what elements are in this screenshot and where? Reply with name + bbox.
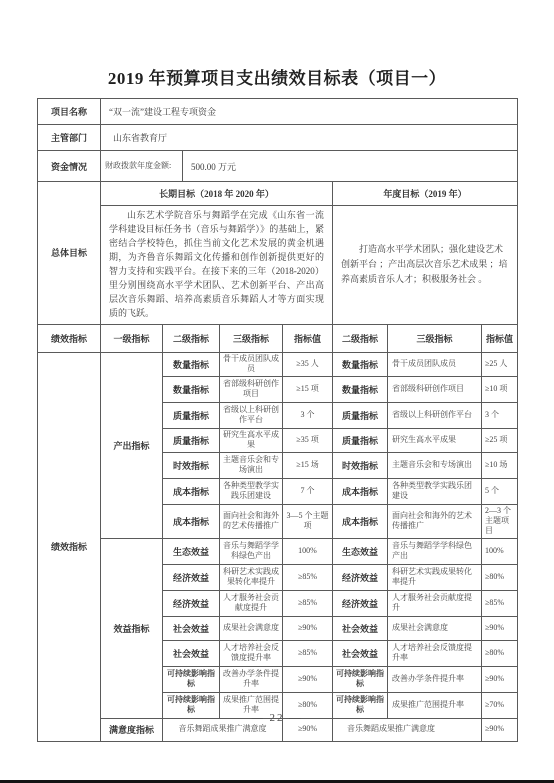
perf-header-col3: 二级指标 [163, 324, 220, 352]
value-cell: 3—5 个主题项 [283, 504, 333, 538]
annual-goal-text: 打造高水平学术团队；强化建设艺术创新平台 ；产出高层次音乐艺术成果 ；培养高素质… [333, 206, 518, 325]
funding-sublabel: 财政拨款年度金额: [101, 151, 183, 182]
r2-cell: 社会效益 [333, 616, 388, 640]
l2-cell: 社会效益 [163, 640, 220, 666]
r2-cell: 时效指标 [333, 452, 388, 478]
rvalue-cell: ≥85% [482, 590, 518, 616]
l2-cell: 成本指标 [163, 504, 220, 538]
value-cell: ≥35 项 [283, 428, 333, 452]
l2-cell: 经济效益 [163, 564, 220, 590]
rvalue-cell: 100% [482, 538, 518, 564]
r2-cell: 可持续影响指标 [333, 666, 388, 692]
r2-cell: 社会效益 [333, 640, 388, 666]
l2-cell: 经济效益 [163, 590, 220, 616]
r2-cell: 成本指标 [333, 504, 388, 538]
rvalue-cell: ≥25 项 [482, 428, 518, 452]
perf-header-col5: 指标值 [283, 324, 333, 352]
l3-cell: 骨干成员团队成员 [220, 352, 283, 376]
r2-cell: 成本指标 [333, 478, 388, 504]
l2-cell: 数量指标 [163, 352, 220, 376]
r2-cell: 经济效益 [333, 590, 388, 616]
level1-group-output: 产出指标 [101, 352, 163, 538]
l2-cell: 质量指标 [163, 428, 220, 452]
l3-cell: 成果社会满意度 [220, 616, 283, 640]
l3-cell: 面向社会和海外的艺术传播推广 [220, 504, 283, 538]
rvalue-cell: ≥90% [482, 666, 518, 692]
l2-cell: 成本指标 [163, 478, 220, 504]
rvalue-cell: ≥80% [482, 564, 518, 590]
l2-cell: 可持续影响指标 [163, 666, 220, 692]
rvalue-cell: 3 个 [482, 402, 518, 428]
rvalue-cell: ≥90% [482, 616, 518, 640]
perf-header-col7: 三级指标 [388, 324, 482, 352]
funding-value: 500.00 万元 [183, 151, 518, 182]
l3-cell: 省部级科研创作项目 [220, 376, 283, 402]
l3-cell: 改善办学条件提升率 [220, 666, 283, 692]
r3-cell: 音乐与舞蹈学学科绿色产出 [388, 538, 482, 564]
annual-goal-header: 年度目标（2019 年） [333, 182, 518, 206]
long-term-goal-text: 山东艺术学院音乐与舞蹈学在完成《山东省一流学科建设目标任务书（音乐与舞蹈学）》的… [101, 206, 333, 325]
r3-cell: 省级以上科研创作平台 [388, 402, 482, 428]
value-cell: 3 个 [283, 402, 333, 428]
perf-header-col2: 一级指标 [101, 324, 163, 352]
r2-cell: 质量指标 [333, 428, 388, 452]
r3-cell: 面向社会和海外的艺术传播推广 [388, 504, 482, 538]
value-cell: ≥85% [283, 564, 333, 590]
r3-cell: 省部级科研创作项目 [388, 376, 482, 402]
perf-header-col8: 指标值 [482, 324, 518, 352]
r3-cell: 主题音乐会和专场演出 [388, 452, 482, 478]
r3-cell: 研究生高水平成果 [388, 428, 482, 452]
r3-cell: 人才服务社会贡献度提升 [388, 590, 482, 616]
page-title: 2019 年预算项目支出绩效目标表（项目一） [0, 64, 554, 89]
funding-label: 资金情况 [38, 151, 101, 182]
project-name-value: “双一流”建设工程专项资金 [101, 99, 518, 125]
perf-header-col4: 三级指标 [220, 324, 283, 352]
long-term-goal-header: 长期目标（2018 年 2020 年） [101, 182, 333, 206]
l3-cell: 主题音乐会和专场演出 [220, 452, 283, 478]
rvalue-cell: 2—3 个主题项目 [482, 504, 518, 538]
r3-cell: 人才培养社会反馈度提升率 [388, 640, 482, 666]
l2-cell: 质量指标 [163, 402, 220, 428]
perf-side-label: 绩效指标 [38, 352, 101, 741]
budget-table: 项目名称 “双一流”建设工程专项资金 主管部门 山东省教育厅 资金情况 财政拨款… [37, 98, 517, 742]
performance-indicators-table: 绩效指标 一级指标 二级指标 三级指标 指标值 二级指标 三级指标 指标值 绩效… [37, 324, 518, 742]
l3-cell: 人才服务社会贡献度提升 [220, 590, 283, 616]
r2-cell: 质量指标 [333, 402, 388, 428]
value-cell: ≥85% [283, 590, 333, 616]
value-cell: ≥85% [283, 640, 333, 666]
r2-cell: 经济效益 [333, 564, 388, 590]
value-cell: ≥90% [283, 616, 333, 640]
l2-cell: 数量指标 [163, 376, 220, 402]
rvalue-cell: ≥80% [482, 640, 518, 666]
r2-cell: 生态效益 [333, 538, 388, 564]
value-cell: 100% [283, 538, 333, 564]
table-row: 效益指标 生态效益 音乐与舞蹈学学科绿色产出 100% 生态效益 音乐与舞蹈学学… [38, 538, 518, 564]
rvalue-cell: 5 个 [482, 478, 518, 504]
project-name-label: 项目名称 [38, 99, 101, 125]
l3-cell: 省级以上科研创作平台 [220, 402, 283, 428]
rvalue-cell: ≥10 场 [482, 452, 518, 478]
l2-cell: 生态效益 [163, 538, 220, 564]
overall-goal-table: 总体目标 长期目标（2018 年 2020 年） 年度目标（2019 年） 山东… [37, 181, 518, 325]
l3-cell: 人才培养社会反馈度提升率 [220, 640, 283, 666]
l3-cell: 科研艺术实践成果转化率提升 [220, 564, 283, 590]
r3-cell: 科研艺术实践成果转化率提升 [388, 564, 482, 590]
r3-cell: 改善办学条件提升率 [388, 666, 482, 692]
value-cell: ≥15 场 [283, 452, 333, 478]
table-row: 绩效指标 产出指标 数量指标 骨干成员团队成员 ≥35 人 数量指标 骨干成员团… [38, 352, 518, 376]
l3-cell: 研究生高水平成果 [220, 428, 283, 452]
l3-cell: 各种类型教学实践乐团建设 [220, 478, 283, 504]
project-info-table: 项目名称 “双一流”建设工程专项资金 主管部门 山东省教育厅 资金情况 财政拨款… [37, 98, 518, 182]
perf-header-col1: 绩效指标 [38, 324, 101, 352]
rvalue-cell: ≥10 项 [482, 376, 518, 402]
l2-cell: 社会效益 [163, 616, 220, 640]
department-label: 主管部门 [38, 125, 101, 151]
value-cell: 7 个 [283, 478, 333, 504]
page-number: — 22 — [0, 712, 554, 724]
r2-cell: 数量指标 [333, 376, 388, 402]
r3-cell: 各种类型教学实践乐团建设 [388, 478, 482, 504]
r3-cell: 骨干成员团队成员 [388, 352, 482, 376]
department-value: 山东省教育厅 [101, 125, 518, 151]
value-cell: ≥90% [283, 666, 333, 692]
l3-cell: 音乐与舞蹈学学科绿色产出 [220, 538, 283, 564]
value-cell: ≥15 项 [283, 376, 333, 402]
level1-group-benefit: 效益指标 [101, 538, 163, 718]
overall-goal-label: 总体目标 [38, 182, 101, 325]
r2-cell: 数量指标 [333, 352, 388, 376]
value-cell: ≥35 人 [283, 352, 333, 376]
r3-cell: 成果社会满意度 [388, 616, 482, 640]
l2-cell: 时效指标 [163, 452, 220, 478]
perf-header-col6: 二级指标 [333, 324, 388, 352]
rvalue-cell: ≥25 人 [482, 352, 518, 376]
